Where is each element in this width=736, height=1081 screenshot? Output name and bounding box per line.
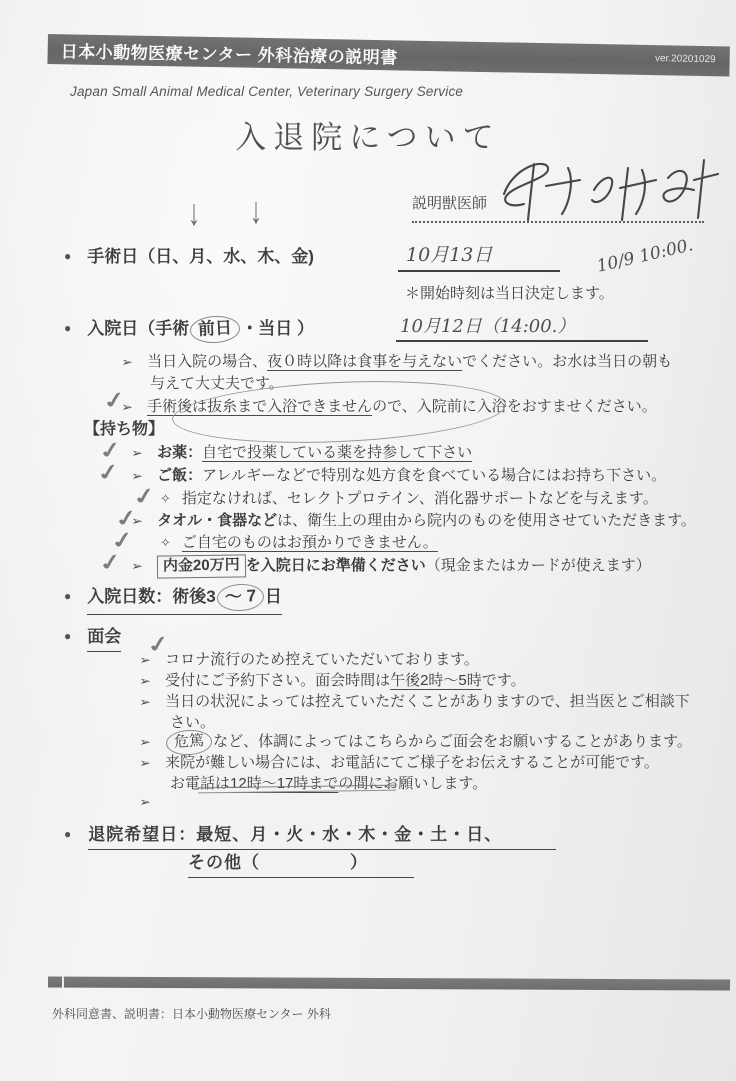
phone-text1: 来院が難しい場合には、お電話にてご様子をお伝えすることが可能です。 [165,754,659,771]
admission-label-post: ・当日 ） [241,319,314,338]
handwritten-checkmark: ✓ [94,458,122,488]
arrow-bullet-icon: ➢ [131,469,143,485]
visiting-heading: 面会 [87,626,121,652]
bullet-icon: ● [64,249,71,265]
stay-length-row: ●入院日数：術後3～ 7日 [64,584,282,615]
discharge-line1: 退院希望日：最短、月・火・水・木・金・土・日、 [88,824,556,850]
belongings-heading: 【持ち物】 [84,420,164,441]
fasting-underlined: 夜０時以降は食事を与えない [267,353,462,370]
arrow-bullet-icon: ➢ [139,735,151,751]
visiting-corona-line: ➢コロナ流行のため控えていただいております。 [140,650,479,670]
bullet-icon: ● [64,629,71,645]
belongings-medicine-line: ➢お薬：自宅で投薬している薬を持参して下さい [132,443,472,463]
discharge-row-line1: ●退院希望日：最短、月・火・水・木・金・土・日、 [64,824,556,850]
towel-text: は、衛生上の理由から院内のものを使用させていただきます。 [277,512,696,529]
surgery-date-handwriting: 10月13日 [398,244,492,266]
surgery-start-note: ＊開始時刻は当日決定します。 [405,284,614,304]
admission-label-pre: 入院日（手術 [87,319,189,338]
deposit-bold-text: を入院日にお準備ください [246,557,426,574]
food-text: アレルギーなどで特別な処方食を食べている場合にはお持ち下さい。 [202,467,666,484]
header-subtitle-english: Japan Small Animal Medical Center, Veter… [70,84,463,99]
visiting-critical-line: ➢危篤など、体調によってはこちらからご面会をお願いすることがあります。 [140,730,692,755]
stay-pre: 入院日数：術後3 [87,587,215,606]
footer-bar [48,977,730,991]
discharge-row-line2: その他（ ） [188,852,414,878]
footer-bar-notch [62,977,64,988]
bullet-icon: ● [64,827,72,843]
header-version: ver.20201029 [655,53,716,65]
vet-label: 説明獣医師 [412,195,487,212]
food-label: ご飯： [157,467,202,484]
visiting-heading-row: ●面会 [64,626,121,652]
corona-text: コロナ流行のため控えていただいております。 [165,651,479,668]
belongings-towel-sub-line: ✧ご自宅のものはお預かりできません。 [160,533,438,553]
belongings-food-line: ➢ご飯：アレルギーなどで特別な処方食を食べている場合にはお持ち下さい。 [132,466,666,486]
surgery-day-label: 手術日（日、月、水、木、金) [87,247,314,266]
reserve-post: です。 [482,672,526,689]
arrow-bullet-icon: ➢ [139,653,151,669]
medicine-label: お薬： [157,444,202,461]
medicine-underlined: 自宅で投薬している薬を持参して下さい [202,444,472,461]
admission-circled-zenjitsu: 前日 [190,315,241,345]
arrow-bullet-icon: ➢ [139,695,151,711]
footer-note: 外科同意書、説明書：日本小動物医療センター 外科 [52,1005,331,1022]
arrow-bullet-icon: ➢ [131,514,143,530]
arrow-bullet-icon: ➢ [121,355,133,371]
handwritten-down-arrow: ↓ [188,192,200,235]
admission-day-row: ●入院日（手術前日・当日 ） [64,316,314,343]
bullet-icon: ● [64,321,71,337]
food-sub-text: 指定なければ、セレクトプロテイン、消化器サポートなどを与えます。 [182,490,658,507]
arrow-bullet-icon: ➢ [139,795,151,811]
reserve-underlined: 午後2時～5時 [390,672,482,689]
arrow-bullet-icon: ➢ [131,446,143,462]
bullet-icon: ● [64,589,71,605]
belongings-food-sub-line: ✧指定なければ、セレクトプロテイン、消化器サポートなどを与えます。 [160,489,658,509]
belongings-deposit-line: ➢内金20万円を入院日にお準備ください（現金またはカードが使えます） [132,555,651,578]
stay-circled-range: ～ 7 [216,583,265,613]
reserve-pre: 受付にご予約下さい。面会時間は [165,672,390,689]
deposit-rest-text: （現金またはカードが使えます） [426,557,651,574]
towel-label: タオル・食器など [157,512,277,529]
arrow-bullet-icon: ➢ [121,400,133,416]
diamond-bullet-icon: ✧ [160,535,171,550]
visiting-empty-bullet: ➢ [140,792,165,812]
visiting-depends-line1: ➢当日の状況によっては控えていただくことがありますので、担当医とご相談下 [140,692,690,712]
discharge-line2: その他（ ） [188,852,414,878]
visiting-reserve-line: ➢受付にご予約下さい。面会時間は午後2時～5時です。 [140,671,526,691]
scanned-document-paper: 日本小動物医療センター 外科治療の説明書 ver.20201029 Japan … [0,0,736,1081]
belongings-towel-line: ➢タオル・食器などは、衛生上の理由から院内のものを使用させていただきます。 [132,511,696,531]
critical-circled-word: 危篤 [165,729,212,756]
vet-signature-row: 説明獣医師 [412,192,704,223]
towel-sub-underlined: ご自宅のものはお預かりできません。 [182,534,438,551]
vet-signature-handwriting [490,150,725,233]
critical-text: など、体調によってはこちらからご面会をお願いすることがあります。 [213,733,692,750]
handwritten-down-arrow: ↓ [250,190,262,233]
surgery-time-annotation-handwriting: 10/9 10:00. [595,235,695,277]
deposit-boxed-handwritten-frame: 内金20万円 [157,554,246,578]
fasting-post: でください。お水は当日の朝も [462,353,672,370]
surgery-day-row: ●手術日（日、月、水、木、金) [64,246,314,268]
stay-post: 日 [265,587,282,606]
admission-date-field: 10月12日（14:00.） [396,312,648,342]
header-title: 日本小動物医療センター 外科治療の説明書 [47,36,397,67]
arrow-bullet-icon: ➢ [131,559,143,575]
fasting-note-line1: ➢当日入院の場合、夜０時以降は食事を与えないでください。お水は当日の朝も [122,352,672,372]
diamond-bullet-icon: ✧ [160,491,171,506]
arrow-bullet-icon: ➢ [139,674,151,690]
header-bar: 日本小動物医療センター 外科治療の説明書 ver.20201029 [47,34,729,76]
admission-date-handwriting: 10月12日（14:00.） [396,316,575,337]
fasting-pre: 当日入院の場合、 [147,353,267,370]
arrow-bullet-icon: ➢ [139,756,151,772]
depends-text1: 当日の状況によっては控えていただくことがありますので、担当医とご相談下 [165,693,690,710]
surgery-date-field: 10月13日 [398,240,560,272]
visiting-phone-line1: ➢来院が難しい場合には、お電話にてご様子をお伝えすることが可能です。 [140,753,659,773]
